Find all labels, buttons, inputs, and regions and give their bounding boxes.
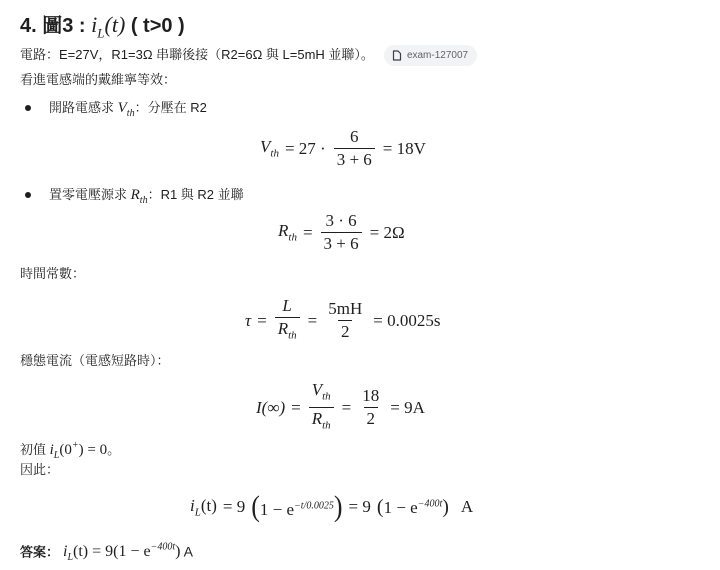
bullet-dot bbox=[25, 192, 31, 198]
bullet-short-source: 置零電壓源求 Rth：R1 與 R2 並聯 bbox=[25, 185, 244, 211]
therefore-label: 因此： bbox=[20, 460, 59, 480]
answer-label: 答案： bbox=[20, 544, 59, 559]
section-heading: 4. 圖3 : iL(t) ( t>0 ) bbox=[20, 10, 185, 48]
equation-vth: Vth = 27 · 63 + 6 = 18V bbox=[260, 128, 426, 169]
answer-math: iL(t) = 9(1 − e−400t) bbox=[63, 543, 180, 560]
steady-state-label: 穩態電流（電感短路時）： bbox=[20, 351, 170, 371]
rth-symbol: Rth bbox=[131, 187, 148, 203]
circuit-text: 電路：E=27V，R1=3Ω 串聯後接（R2=6Ω 與 L=5mH 並聯）。 bbox=[20, 47, 374, 62]
document-icon bbox=[392, 50, 402, 61]
equation-rth: Rth = 3 · 63 + 6 = 2Ω bbox=[278, 212, 405, 253]
answer-line: 答案：iL(t) = 9(1 − e−400t) A bbox=[20, 538, 193, 569]
heading-prefix: 4. 圖3 : bbox=[20, 15, 91, 37]
thevenin-intro: 看進電感端的戴維寧等效： bbox=[20, 70, 176, 90]
chip-label: exam-127007 bbox=[407, 46, 468, 66]
heading-suffix: ( t>0 ) bbox=[125, 15, 184, 37]
equation-final: iL(t) = 9 (1 − e−t/0.0025) = 9 (1 − e−40… bbox=[190, 494, 473, 520]
bullet-open-circuit: 開路電感求 Vth：分壓在 R2 bbox=[25, 98, 207, 124]
vth-symbol: Vth bbox=[118, 100, 135, 116]
equation-steady-current: I(∞) = VthRth = 182 = 9A bbox=[256, 381, 425, 435]
heading-math: iL(t) bbox=[91, 12, 125, 37]
equation-tau: τ = LRth = 5mH2 = 0.0025s bbox=[245, 297, 440, 344]
bullet-dot bbox=[25, 105, 31, 111]
circuit-description: 電路：E=27V，R1=3Ω 串聯後接（R2=6Ω 與 L=5mH 並聯）。ex… bbox=[20, 45, 477, 66]
time-constant-label: 時間常數： bbox=[20, 264, 85, 284]
source-chip[interactable]: exam-127007 bbox=[384, 45, 477, 66]
initial-value-math: iL(0+) = 0 bbox=[50, 442, 107, 458]
